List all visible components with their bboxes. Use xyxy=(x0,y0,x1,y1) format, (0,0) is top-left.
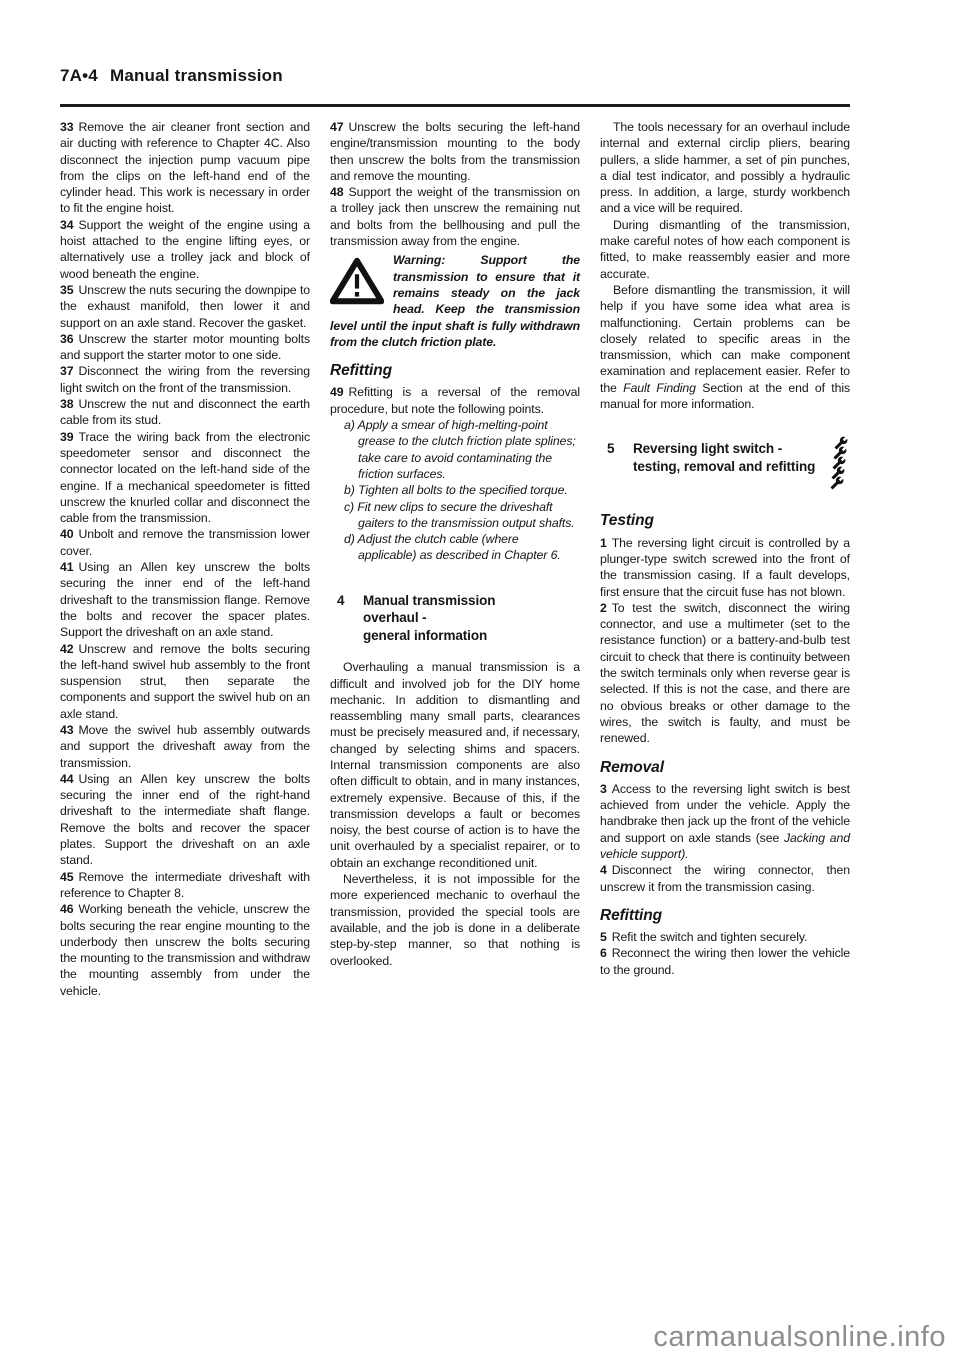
overhaul-paragraph-2: Nevertheless, it is not impossible for t… xyxy=(330,871,580,969)
refitting-subheading: Refitting xyxy=(330,363,580,379)
step-text: Trace the wiring back from the electroni… xyxy=(60,430,310,525)
step-text: Disconnect the wiring connector, then un… xyxy=(600,863,850,893)
paragraph-text: Before dismantling the transmission, it … xyxy=(600,283,850,395)
step-number: 44 xyxy=(60,772,78,786)
step-number: 37 xyxy=(60,364,78,378)
step-number: 42 xyxy=(60,642,78,656)
section-title: Reversing light switch - testing, remova… xyxy=(633,440,815,475)
column-2: 47Unscrew the bolts securing the left-ha… xyxy=(330,119,580,999)
manual-page: 7A•4Manual transmission 33Remove the air… xyxy=(0,0,960,1362)
testing-subheading: Testing xyxy=(600,513,850,529)
refit-point-b: b) Tighten all bolts to the specified to… xyxy=(344,482,580,498)
step-text: Working beneath the vehicle, unscrew the… xyxy=(60,902,310,997)
step-number: 34 xyxy=(60,218,78,232)
step-text: Support the weight of the engine using a… xyxy=(60,218,310,281)
point-label: a) xyxy=(344,418,355,432)
page-header: 7A•4Manual transmission xyxy=(60,66,283,86)
step-number: 4 xyxy=(600,863,612,877)
column-1: 33Remove the air cleaner front section a… xyxy=(60,119,310,999)
section-title-line: overhaul - xyxy=(363,609,495,627)
step-text: To test the switch, disconnect the wirin… xyxy=(600,601,850,745)
dismantling-paragraph: During dismantling of the transmission, … xyxy=(600,217,850,282)
procedure-step-34: 34Support the weight of the engine using… xyxy=(60,217,310,282)
point-label: b) xyxy=(344,483,355,497)
warning-triangle-icon xyxy=(330,257,384,305)
step-number: 36 xyxy=(60,332,78,346)
procedure-step-39: 39Trace the wiring back from the electro… xyxy=(60,429,310,527)
fault-finding-reference: Fault Finding xyxy=(623,381,696,395)
step-number: 6 xyxy=(600,946,612,960)
procedure-step-46: 46Working beneath the vehicle, unscrew t… xyxy=(60,901,310,999)
procedure-step-5: 5Refit the switch and tighten securely. xyxy=(600,929,850,945)
step-text: Unscrew the nuts securing the downpipe t… xyxy=(60,283,310,330)
section-title-line: general information xyxy=(363,627,495,645)
step-text: Using an Allen key unscrew the bolts sec… xyxy=(60,560,310,639)
removal-subheading: Removal xyxy=(600,760,850,776)
difficulty-spanners-icon xyxy=(820,436,850,498)
procedure-step-36: 36Unscrew the starter motor mounting bol… xyxy=(60,331,310,364)
step-number: 38 xyxy=(60,397,78,411)
procedure-step-3: 3Access to the reversing light switch is… xyxy=(600,781,850,862)
procedure-step-44: 44Using an Allen key unscrew the bolts s… xyxy=(60,771,310,869)
step-number: 49 xyxy=(330,385,348,399)
warning-note: Warning: Support the transmission to ens… xyxy=(330,252,580,350)
section-title-line: Reversing light switch - xyxy=(633,440,815,458)
overhaul-paragraph-1: Overhauling a manual transmission is a d… xyxy=(330,659,580,871)
procedure-step-45: 45Remove the intermediate driveshaft wit… xyxy=(60,869,310,902)
point-text: Apply a smear of high-melting-point grea… xyxy=(358,418,576,481)
refit-point-a: a) Apply a smear of high-melting-point g… xyxy=(344,417,580,482)
step-number: 3 xyxy=(600,782,612,796)
point-text: Fit new clips to secure the driveshaft g… xyxy=(357,500,574,530)
step-number: 40 xyxy=(60,527,78,541)
step-text: Using an Allen key unscrew the bolts sec… xyxy=(60,772,310,867)
section-title-line: testing, removal and refitting xyxy=(633,458,815,476)
step-text: Reconnect the wiring then lower the vehi… xyxy=(600,946,850,976)
step-text: Move the swivel hub assembly outwards an… xyxy=(60,723,310,770)
procedure-step-47: 47Unscrew the bolts securing the left-ha… xyxy=(330,119,580,184)
point-label: c) xyxy=(344,500,354,514)
step-number: 47 xyxy=(330,120,348,134)
section-title-line: Manual transmission xyxy=(363,592,495,610)
procedure-step-37: 37Disconnect the wiring from the reversi… xyxy=(60,363,310,396)
step-text: Unbolt and remove the transmission lower… xyxy=(60,527,310,557)
refitting-subheading-2: Refitting xyxy=(600,908,850,924)
section-heading-4: 4 Manual transmission overhaul - general… xyxy=(330,592,580,645)
tools-paragraph: The tools necessary for an overhaul incl… xyxy=(600,119,850,217)
step-text: Unscrew the nut and disconnect the earth… xyxy=(60,397,310,427)
step-number: 41 xyxy=(60,560,78,574)
procedure-step-41: 41Using an Allen key unscrew the bolts s… xyxy=(60,559,310,640)
step-text: The reversing light circuit is controlle… xyxy=(600,536,850,599)
point-text: Tighten all bolts to the specified torqu… xyxy=(358,483,568,497)
section-heading-5: 5 Reversing light switch - testing, remo… xyxy=(600,440,815,475)
step-number: 35 xyxy=(60,283,78,297)
step-number: 5 xyxy=(600,930,612,944)
step-number: 45 xyxy=(60,870,78,884)
header-rule xyxy=(60,104,850,107)
procedure-step-2: 2To test the switch, disconnect the wiri… xyxy=(600,600,850,747)
step-number: 1 xyxy=(600,536,612,550)
section-number: 5 xyxy=(600,440,633,475)
step-number: 48 xyxy=(330,185,348,199)
refit-point-d: d) Adjust the clutch cable (where applic… xyxy=(344,531,580,564)
step-number: 39 xyxy=(60,430,78,444)
section-title: Manual transmission overhaul - general i… xyxy=(363,592,495,645)
procedure-step-40: 40Unbolt and remove the transmission low… xyxy=(60,526,310,559)
step-number: 33 xyxy=(60,120,78,134)
step-text: Refitting is a reversal of the removal p… xyxy=(330,385,580,415)
step-text: Disconnect the wiring from the reversing… xyxy=(60,364,310,394)
procedure-step-49: 49Refitting is a reversal of the removal… xyxy=(330,384,580,417)
step-text: Unscrew and remove the bolts securing th… xyxy=(60,642,310,721)
section-number: 4 xyxy=(330,592,363,645)
watermark: carmanualsonline.info xyxy=(653,1321,946,1354)
step-text: Refit the switch and tighten securely. xyxy=(612,930,808,944)
step-text: Unscrew the starter motor mounting bolts… xyxy=(60,332,310,362)
step-number: 46 xyxy=(60,902,78,916)
procedure-step-42: 42Unscrew and remove the bolts securing … xyxy=(60,641,310,722)
before-dismantling-paragraph: Before dismantling the transmission, it … xyxy=(600,282,850,412)
point-text: Adjust the clutch cable (where applicabl… xyxy=(358,532,561,562)
procedure-step-1: 1The reversing light circuit is controll… xyxy=(600,535,850,600)
procedure-step-43: 43Move the swivel hub assembly outwards … xyxy=(60,722,310,771)
procedure-step-38: 38Unscrew the nut and disconnect the ear… xyxy=(60,396,310,429)
step-text: Remove the air cleaner front section and… xyxy=(60,120,310,215)
section-heading-5-row: 5 Reversing light switch - testing, remo… xyxy=(600,440,850,498)
step-number: 43 xyxy=(60,723,78,737)
refit-point-c: c) Fit new clips to secure the driveshaf… xyxy=(344,499,580,532)
page-title: Manual transmission xyxy=(110,66,283,85)
procedure-step-4: 4Disconnect the wiring connector, then u… xyxy=(600,862,850,895)
point-label: d) xyxy=(344,532,355,546)
step-text: Unscrew the bolts securing the left-hand… xyxy=(330,120,580,183)
chapter-code: 7A•4 xyxy=(60,66,98,85)
procedure-step-33: 33Remove the air cleaner front section a… xyxy=(60,119,310,217)
column-3: The tools necessary for an overhaul incl… xyxy=(600,119,850,999)
step-text: Remove the intermediate driveshaft with … xyxy=(60,870,310,900)
step-text: Support the weight of the transmission o… xyxy=(330,185,580,248)
procedure-step-6: 6Reconnect the wiring then lower the veh… xyxy=(600,945,850,978)
step-number: 2 xyxy=(600,601,612,615)
procedure-step-48: 48Support the weight of the transmission… xyxy=(330,184,580,249)
text-columns: 33Remove the air cleaner front section a… xyxy=(60,119,850,999)
procedure-step-35: 35Unscrew the nuts securing the downpipe… xyxy=(60,282,310,331)
